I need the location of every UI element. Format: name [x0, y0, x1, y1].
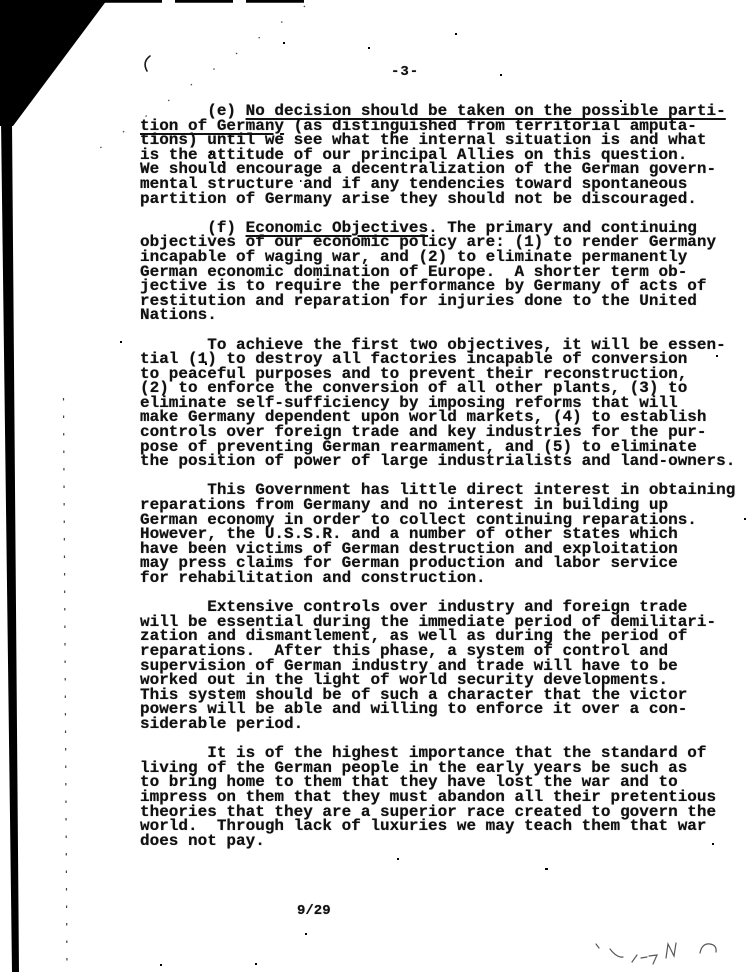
document-body: (e) No decision should be taken on the p… [140, 104, 746, 863]
text-line: restitution and reparation for injuries … [140, 294, 746, 309]
text-line: for rehabilitation and construction. [140, 571, 746, 586]
crease-line [64, 398, 68, 972]
pen-mark [145, 56, 150, 71]
text-line: the position of power of large industria… [140, 454, 746, 469]
text-line: partition of Germany arise they should n… [140, 192, 746, 207]
paragraph: To achieve the first two objectives, it … [140, 338, 746, 469]
paragraph: (e) No decision should be taken on the p… [140, 104, 746, 206]
paragraph: It is of the highest importance that the… [140, 746, 746, 848]
text-line: siderable period. [140, 717, 746, 732]
text-line: Nations. [140, 308, 746, 323]
page-footer: 9/29 [297, 903, 331, 919]
paragraph: This Government has little direct intere… [140, 483, 746, 585]
scanned-document-page: -3- (e) No decision should be taken on t… [0, 0, 750, 972]
paragraph: Extensive controls over industry and for… [140, 600, 746, 731]
page-number: -3- [391, 64, 419, 80]
handwriting-mark [596, 943, 716, 964]
scan-edge-artifact [1, 120, 19, 972]
text-line: does not pay. [140, 834, 746, 849]
scan-corner-artifact [0, 0, 107, 126]
paragraph: (f) Economic Objectives. The primary and… [140, 221, 746, 323]
